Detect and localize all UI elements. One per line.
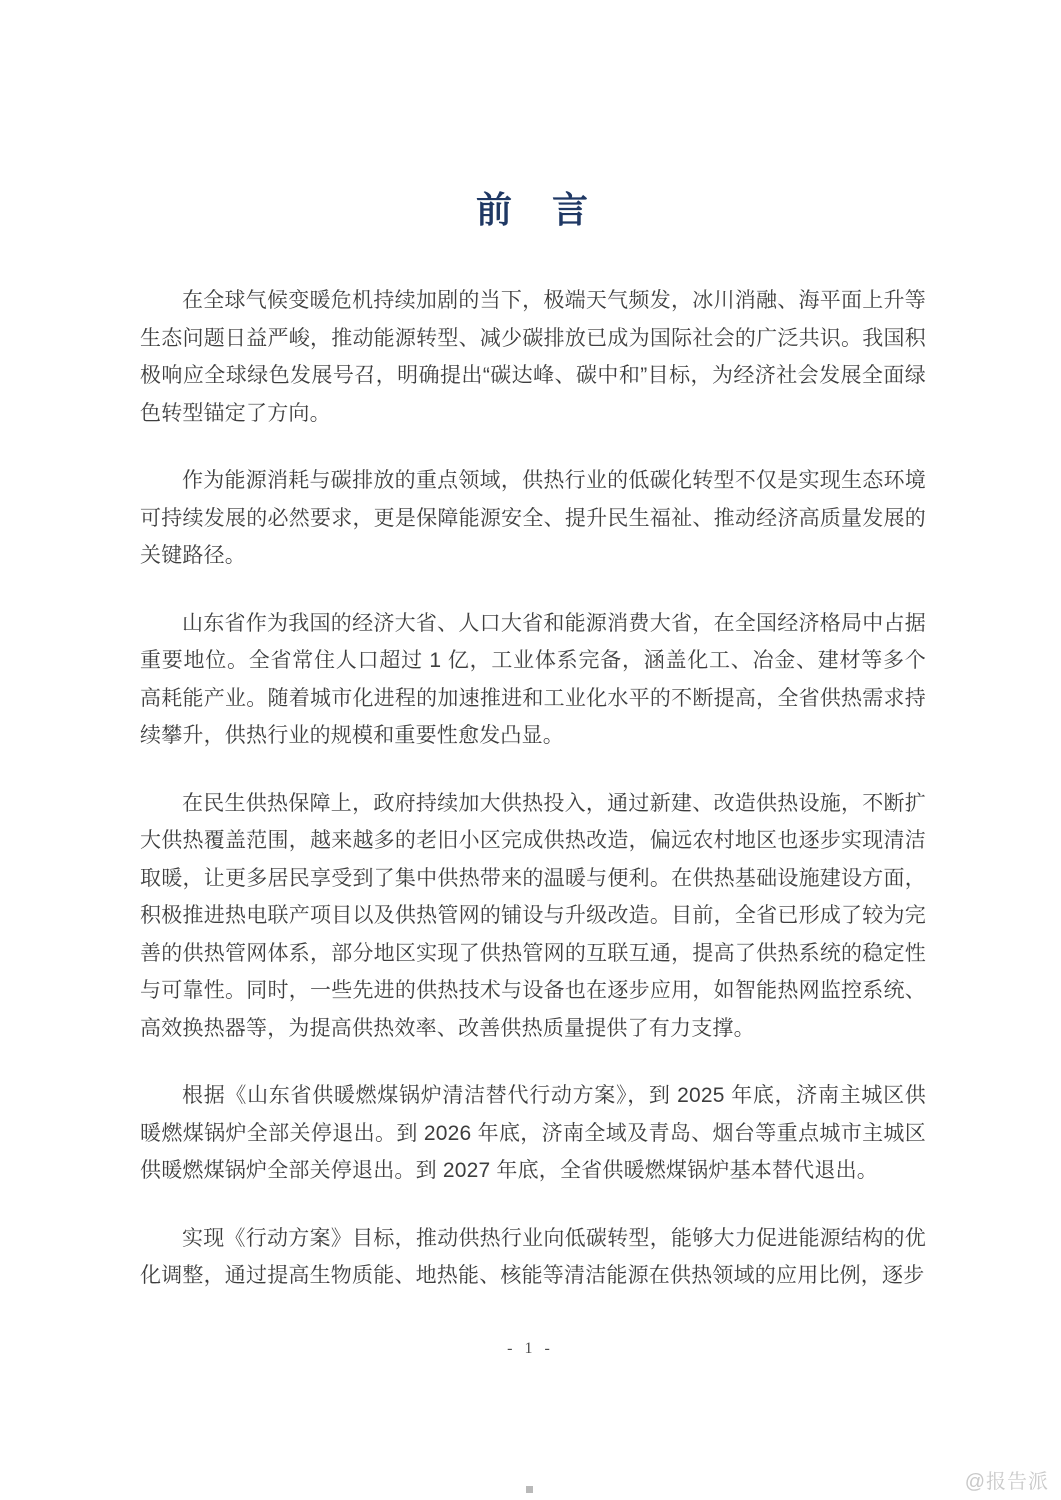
body-text: 在全球气候变暖危机持续加剧的当下，极端天气频发，冰川消融、海平面上升等生态问题日… (140, 282, 926, 1295)
watermark: @报告派 (965, 1465, 1049, 1494)
page-content: 前 言 在全球气候变暖危机持续加剧的当下，极端天气频发，冰川消融、海平面上升等生… (140, 186, 926, 1295)
page-title: 前 言 (140, 186, 926, 234)
paragraph-2: 作为能源消耗与碳排放的重点领域，供热行业的低碳化转型不仅是实现生态环境可持续发展… (140, 462, 926, 575)
paragraph-5: 根据《山东省供暖燃煤锅炉清洁替代行动方案》，到 2025 年底，济南主城区供暖燃… (140, 1077, 926, 1190)
paragraph-4: 在民生供热保障上，政府持续加大供热投入，通过新建、改造供热设施，不断扩大供热覆盖… (140, 785, 926, 1048)
paragraph-6: 实现《行动方案》目标，推动供热行业向低碳转型，能够大力促进能源结构的优化调整，通… (140, 1220, 926, 1295)
paragraph-1: 在全球气候变暖危机持续加剧的当下，极端天气频发，冰川消融、海平面上升等生态问题日… (140, 282, 926, 432)
paragraph-3: 山东省作为我国的经济大省、人口大省和能源消费大省，在全国经济格局中占据重要地位。… (140, 605, 926, 755)
footer-square-mark (526, 1486, 533, 1493)
page-number: - 1 - (0, 1340, 1061, 1358)
document-page: 前 言 在全球气候变暖危机持续加剧的当下，极端天气频发，冰川消融、海平面上升等生… (0, 0, 1061, 1500)
